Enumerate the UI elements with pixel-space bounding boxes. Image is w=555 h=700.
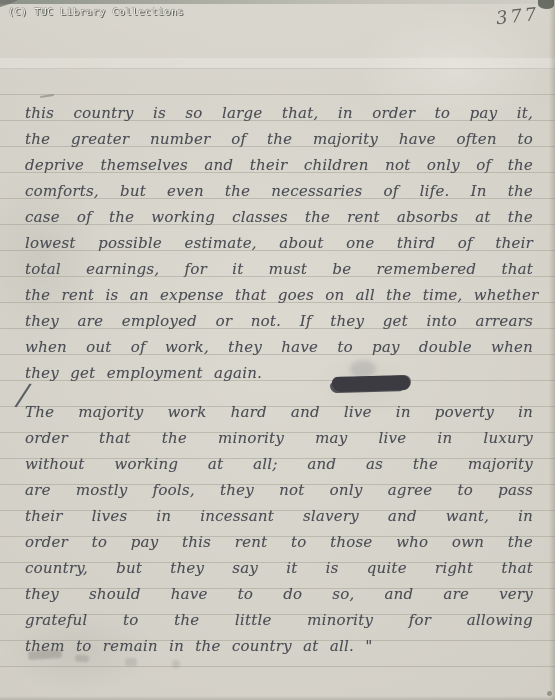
handwriting-line: they are employed or not. If they get in… xyxy=(25,308,533,334)
handwriting-line: comforts, but even the necessaries of li… xyxy=(25,178,533,204)
handwriting-line: are mostly fools, they not only agree to… xyxy=(25,477,533,503)
scan-edge-bottom xyxy=(0,696,555,700)
handwriting-line: them to remain in the country at all. " xyxy=(25,633,533,659)
handwriting-line: when out of work, they have to pay doubl… xyxy=(25,334,533,360)
handwriting-line: order to pay this rent to those who own … xyxy=(25,529,533,555)
handwriting-line: grateful to the little minority for allo… xyxy=(25,607,533,633)
pencil-smudge xyxy=(172,660,180,668)
handwriting-line: this country is so large that, in order … xyxy=(25,100,533,126)
handwriting-line: lowest possible estimate, about one thir… xyxy=(25,230,533,256)
handwriting-line: their lives in incessant slavery and wan… xyxy=(25,503,533,529)
redaction-mark xyxy=(332,375,410,392)
handwritten-paragraph-1: this country is so large that, in order … xyxy=(25,100,533,386)
scan-edge-top xyxy=(0,0,555,4)
handwriting-line: order that the minority may live in luxu… xyxy=(25,425,533,451)
handwriting-line: they should have to do so, and are very xyxy=(25,581,533,607)
pencil-smudge xyxy=(75,654,90,662)
paper-light-band xyxy=(0,58,555,69)
scan-corner-mark-top-right xyxy=(538,0,554,9)
handwriting-line: without working at all; and as the major… xyxy=(25,451,533,477)
scan-edge-right xyxy=(549,0,555,700)
handwriting-line: case of the working classes the rent abs… xyxy=(25,204,533,230)
handwriting-line: they get employment again. xyxy=(25,360,533,386)
handwriting-line: total earnings, for it must be remembere… xyxy=(25,256,533,282)
handwritten-paragraph-2: The majority work hard and live in pover… xyxy=(25,399,533,659)
pencil-smudge xyxy=(125,658,137,666)
handwriting-line: the greater number of the majority have … xyxy=(25,126,533,152)
handwriting-line: deprive themselves and their children no… xyxy=(25,152,533,178)
manuscript-page: (C) TUC Library Collections 377 this cou… xyxy=(0,0,555,700)
page-number: 377 xyxy=(495,4,540,29)
library-watermark: (C) TUC Library Collections xyxy=(8,7,184,18)
handwriting-line: country, but they say it is quite right … xyxy=(25,555,533,581)
crease-mark xyxy=(40,94,54,98)
scan-speck-bottom-right xyxy=(547,691,552,696)
handwriting-line: The majority work hard and live in pover… xyxy=(25,399,533,425)
handwriting-line: the rent is an expense that goes on all … xyxy=(25,282,533,308)
